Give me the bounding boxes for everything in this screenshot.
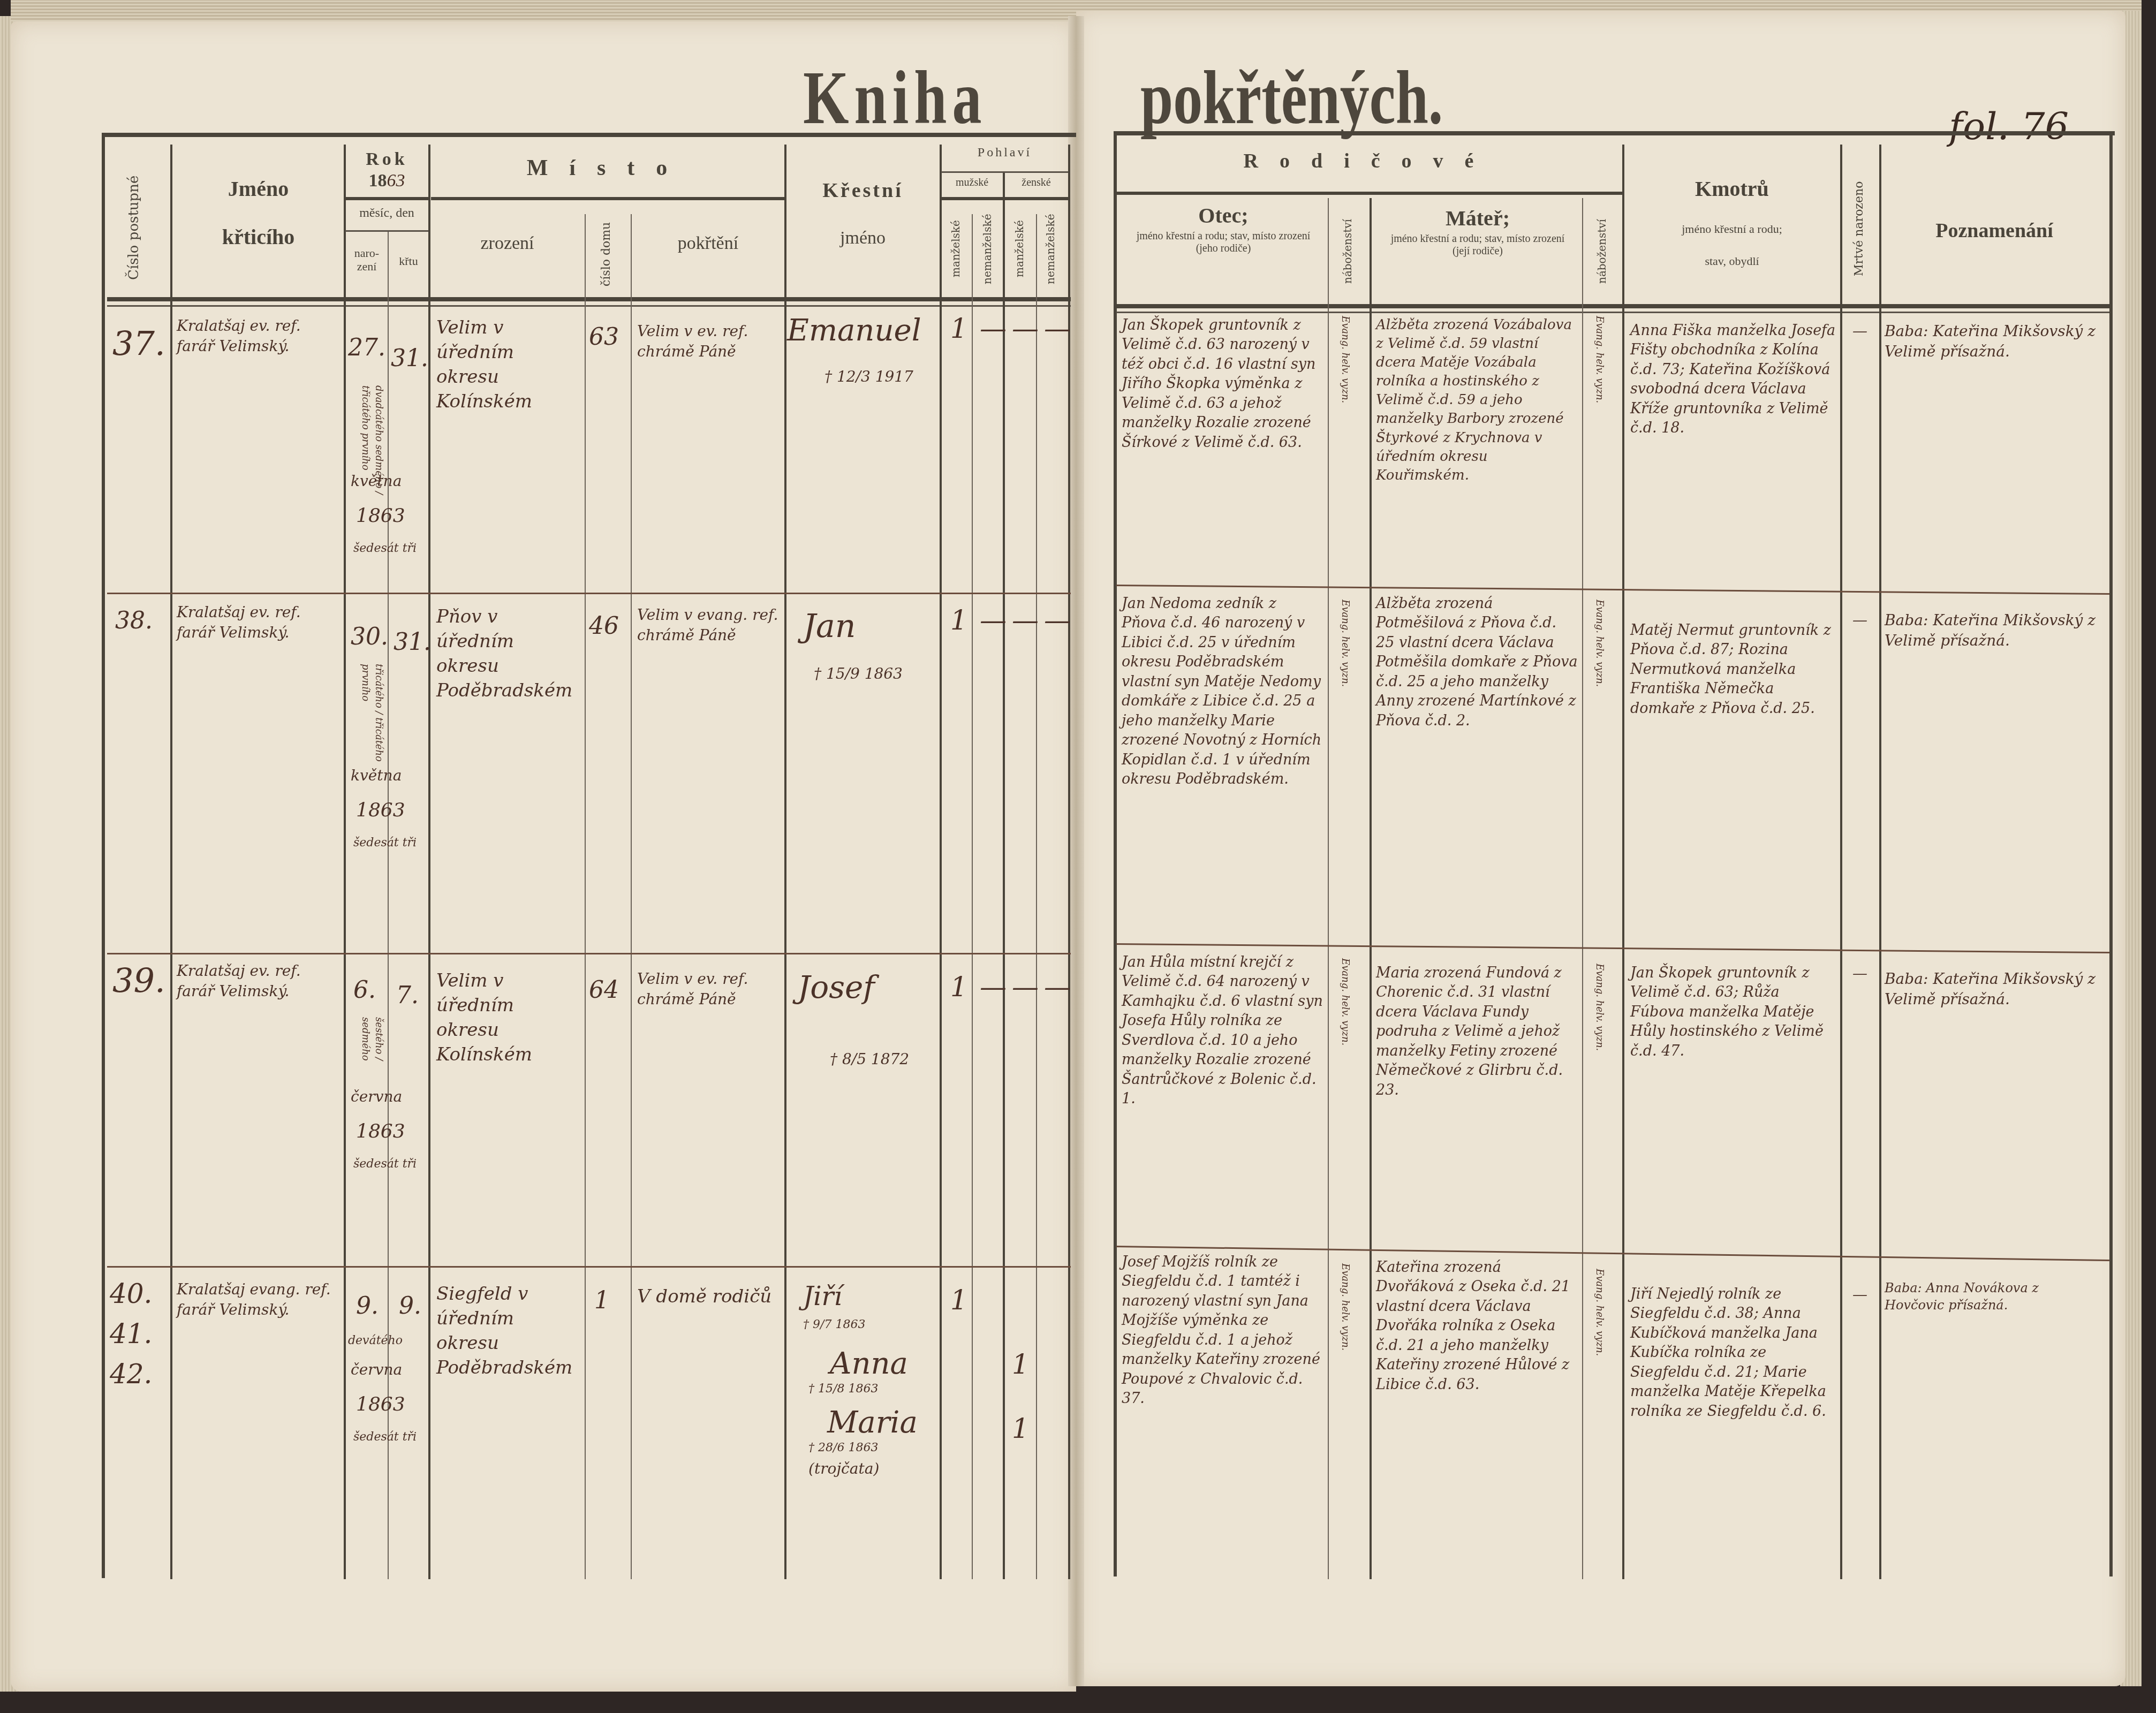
entry-mother-religion: Evang. helv. vyzn. — [1593, 1269, 1606, 1376]
left-header-top-rule — [102, 133, 1076, 137]
entry-month: června — [351, 1360, 402, 1380]
sex-female-illegit: — — [1044, 972, 1071, 1003]
header-zenske: ženské — [1004, 177, 1068, 189]
entry-notes: Baba: Kateřina Mikšovský z Velimě přísaž… — [1885, 321, 2099, 362]
entry-house-no: 64 — [589, 974, 619, 1006]
right-header-top-rule — [1114, 131, 2115, 135]
entry-officiant: Kralatšaj ev. ref. farář Velimský. — [177, 602, 340, 643]
col-divider — [585, 214, 586, 1579]
entry-stillborn: — — [1852, 964, 1867, 984]
header-rok: Rok — [345, 149, 428, 170]
entry-notes: Baba: Kateřina Mikšovský z Velimě přísaž… — [1885, 969, 2099, 1010]
entry-year: 1863 — [356, 1392, 405, 1418]
entry-given-name: Emanuel — [787, 310, 921, 351]
entry-year: 1863 — [356, 798, 405, 824]
entry-baptism-day: 9. — [399, 1290, 421, 1322]
col-divider — [1840, 145, 1842, 1579]
header-pokrteni: pokřtění — [632, 233, 784, 254]
header-otec: Otec; — [1119, 203, 1328, 228]
header-zenske-manzelske: manželské — [1013, 203, 1026, 294]
entry-stillborn: — — [1852, 1285, 1867, 1305]
entry-baptism-place: V domě rodičů — [637, 1285, 782, 1309]
header-otec-sub: jméno křestní a rodu; stav, místo zrozen… — [1127, 230, 1320, 255]
entry-death-note: † 12/3 1917 — [824, 367, 913, 387]
left-header-bottom-rule — [107, 297, 1071, 301]
entry-baptism-day: 7. — [396, 980, 419, 1011]
col-divider — [940, 145, 942, 1579]
header-narozeni: naro-zení — [348, 246, 385, 274]
entry-mother-religion: Evang. helv. vyzn. — [1593, 316, 1606, 423]
entry-baptism-place: Velim v ev. ref. chrámě Páně — [637, 969, 782, 1010]
entry-house-no: 46 — [589, 610, 619, 642]
col-divider — [1328, 198, 1329, 1579]
entry-notes: Baba: Anna Novákova z Hovčovic přísažná. — [1885, 1279, 2099, 1314]
header-muzske-manzelske: manželské — [949, 203, 962, 294]
entry-stillborn: — — [1852, 321, 1867, 342]
col-divider — [1003, 171, 1005, 1579]
header-mater: Máteř; — [1373, 206, 1582, 231]
triplets-note: (trojčata) — [808, 1459, 879, 1479]
entry-birth-place: Pňov v úředním okresu Poděbradském — [436, 605, 581, 703]
entry-father: Jan Nedoma zedník z Pňova č.d. 46 naroze… — [1122, 594, 1325, 789]
col-divider — [1036, 214, 1037, 1579]
sex-female-legit: 1 — [1012, 1349, 1029, 1380]
entry-father-religion: Evang. helv. vyzn. — [1338, 600, 1351, 707]
sex-female-legit: — — [1012, 972, 1039, 1003]
entry-stillborn: — — [1852, 610, 1867, 631]
entry-mother: Kateřina zrozená Dvořáková z Oseka č.d. … — [1376, 1258, 1579, 1394]
title-kniha: Kniha — [803, 54, 987, 142]
header-otec-nabozenstvi: náboženství — [1341, 206, 1354, 297]
entry-death-note: † 15/9 1863 — [814, 664, 903, 684]
mesic-rule — [345, 230, 428, 232]
header-poznamenani: Poznamenání — [1882, 219, 2107, 243]
col-divider — [344, 145, 346, 1579]
header-zrozeni: zrození — [431, 233, 584, 254]
sex-male-illegit: — — [980, 313, 1007, 344]
header-krestni: Křestní — [786, 179, 940, 203]
entry-birth-day: 9. — [356, 1290, 379, 1322]
entry-given-name: Jan — [803, 605, 856, 648]
child-name-maria: Maria — [827, 1403, 918, 1443]
sex-male-legit: 1 — [950, 972, 967, 1003]
sex-male-illegit: — — [980, 972, 1007, 1003]
sex-male-illegit: — — [980, 605, 1007, 636]
year-handwritten: 63 — [387, 171, 405, 191]
header-jmeno: Jméno — [174, 177, 343, 201]
entry-baptism-day: 31. — [391, 343, 428, 374]
sex-female-illegit: — — [1044, 313, 1071, 344]
entry-baptism-place: Velim v evang. ref. chrámě Páně — [637, 605, 782, 646]
entry-birth-place: Velim v úředním okresu Kolínském — [436, 969, 581, 1067]
entry-birth-place: Velim v úředním okresu Kolínském — [436, 316, 581, 414]
entry-mother-religion: Evang. helv. vyzn. — [1593, 600, 1606, 707]
col-divider — [428, 145, 430, 1579]
header-mater-nabozenstvi: náboženství — [1595, 206, 1608, 297]
misto-rule — [431, 197, 784, 200]
entry-father: Jan Hůla místní krejčí z Velimě č.d. 64 … — [1122, 953, 1325, 1109]
col-divider — [1582, 198, 1583, 1579]
entry-godparents: Matěj Nermut gruntovník z Pňova č.d. 87;… — [1630, 621, 1836, 718]
col-divider — [972, 214, 973, 1579]
title-pokrtenych: pokřtěných. — [1140, 54, 1443, 142]
pohlavi-rule — [941, 171, 1068, 173]
right-table-right-border — [2109, 131, 2113, 1576]
right-header-bottom-thin — [1116, 312, 2109, 313]
sex-female-legit: — — [1012, 605, 1039, 636]
entry-date-words: dvadcátého sedmého / třicátého prvního — [359, 385, 385, 519]
entry-number: 40. 41. 42. — [110, 1274, 163, 1394]
entry-baptism-day: 31. — [394, 626, 431, 658]
entry-death-note: † 8/5 1872 — [830, 1049, 909, 1070]
child-name-jiri: Jiří — [803, 1279, 842, 1314]
header-pohlavi: Pohlaví — [941, 146, 1068, 161]
header-misto: Místo — [431, 155, 784, 181]
header-krticiho: křticího — [174, 225, 343, 249]
entry-birth-place: Siegfeld v úředním okresu Poděbradském — [436, 1282, 581, 1381]
entry-father: Josef Mojžíš rolník ze Siegfeldu č.d. 1 … — [1122, 1253, 1325, 1409]
entry-month: května — [351, 471, 402, 491]
col-divider — [1622, 145, 1624, 1579]
entry-baptism-place: Velim v ev. ref. chrámě Páně — [637, 321, 782, 362]
entry-separator — [107, 953, 1071, 954]
entry-godparents: Jan Škopek gruntovník z Velimě č.d. 63; … — [1630, 964, 1836, 1061]
entry-month: května — [351, 765, 402, 786]
entry-mother-religion: Evang. helv. vyzn. — [1593, 964, 1606, 1071]
folio-number: fol. 76 — [1949, 104, 2069, 148]
sex-female-legit: — — [1012, 313, 1039, 344]
col-divider — [1879, 145, 1881, 1579]
sex-female-illegit: — — [1044, 605, 1071, 636]
entry-year-words: šedesát tři — [353, 541, 423, 557]
header-kmotru-sub1: jméno křestní a rodu; — [1625, 222, 1839, 236]
right-table-left-border — [1114, 131, 1117, 1576]
left-header-bottom-thin — [107, 305, 1071, 307]
entry-date-words: třicátého / třicátého prvního — [359, 664, 385, 782]
child-death-maria: † 28/6 1863 — [808, 1440, 878, 1456]
entry-father: Jan Škopek gruntovník z Velimě č.d. 63 n… — [1122, 316, 1325, 452]
entry-father-religion: Evang. helv. vyzn. — [1338, 1263, 1351, 1370]
entry-year: 1863 — [356, 1119, 405, 1145]
entry-mother: Alžběta zrozená Potměšilová z Pňova č.d.… — [1376, 594, 1579, 731]
col-divider — [784, 145, 786, 1579]
right-header-bottom-rule — [1116, 304, 2109, 308]
header-mesic-den: měsíc, den — [345, 206, 428, 221]
header-mrtve-narozeno: Mrtvé narozeno — [1852, 161, 1866, 297]
entry-notes: Baba: Kateřina Mikšovský z Velimě přísaž… — [1885, 610, 2099, 651]
sex-male-legit: 1 — [950, 1285, 967, 1316]
entry-godparents: Jiří Nejedlý rolník ze Siegfeldu č.d. 38… — [1630, 1285, 1836, 1421]
col-divider — [1068, 145, 1070, 1579]
entry-year-words: šedesát tři — [353, 835, 423, 851]
header-muzske: mužské — [941, 177, 1003, 189]
entry-number: 38. — [115, 605, 153, 636]
header-muzske-nemanzelske: nemanželské — [981, 203, 994, 294]
header-kmotru: Kmotrů — [1625, 177, 1839, 201]
entry-separator — [107, 593, 1071, 594]
child-name-anna: Anna — [830, 1344, 908, 1384]
sex-male-legit: 1 — [950, 605, 967, 636]
header-zenske-nemanzelske: nemanželské — [1044, 203, 1057, 294]
col-divider — [170, 145, 172, 1579]
entry-officiant: Kralatšaj ev. ref. farář Velimský. — [177, 316, 340, 357]
entry-birth-day: 6. — [353, 974, 376, 1006]
rodicove-rule — [1116, 192, 1622, 195]
entry-mother: Alžběta zrozená Vozábalova z Velimě č.d.… — [1376, 316, 1579, 485]
entry-number: 37. — [112, 321, 165, 366]
header-mater-sub: jméno křestní a rodu; stav, místo zrozen… — [1381, 233, 1574, 257]
entry-house-no: 63 — [589, 321, 619, 353]
header-cislo-postupne: Číslo postupné — [126, 161, 142, 294]
entry-year: 1863 — [356, 503, 405, 529]
entry-separator — [107, 1266, 1071, 1268]
header-cislo-domu: číslo domu — [600, 214, 613, 294]
header-rodicove: Rodičové — [1116, 150, 1622, 173]
entry-house-no: 1 — [594, 1285, 609, 1316]
child-death-anna: † 15/8 1863 — [808, 1381, 878, 1397]
entry-number: 39. — [112, 958, 165, 1003]
col-divider — [1370, 198, 1372, 1579]
header-year: 1863 — [345, 170, 428, 191]
rok-rule — [345, 197, 428, 200]
entry-date-words: šestého / sedmého — [359, 1017, 385, 1087]
entry-father-religion: Evang. helv. vyzn. — [1338, 316, 1351, 423]
entry-month: června — [351, 1087, 402, 1107]
child-death-jiri: † 9/7 1863 — [803, 1317, 865, 1333]
header-kmotru-sub2: stav, obydlí — [1625, 254, 1839, 268]
sex-female-legit: 1 — [1012, 1413, 1029, 1444]
entry-date-words: devátého — [348, 1333, 403, 1349]
entry-birth-day: 30. — [351, 621, 388, 653]
col-divider — [631, 214, 632, 1579]
entry-officiant: Kralatšaj evang. ref. farář Velimský. — [177, 1279, 340, 1320]
year-printed: 18 — [369, 171, 387, 191]
header-krestni-jmeno: jméno — [786, 228, 940, 248]
header-krtu: křtu — [390, 254, 427, 268]
entry-year-words: šedesát tři — [353, 1156, 423, 1172]
entry-godparents: Anna Fiška manželka Josefa Fišty obchodn… — [1630, 321, 1836, 438]
entry-given-name: Josef — [798, 966, 875, 1008]
entry-officiant: Kralatšaj ev. ref. farář Velimský. — [177, 961, 340, 1002]
entry-mother: Maria zrozená Fundová z Chorenic č.d. 31… — [1376, 964, 1579, 1100]
entry-father-religion: Evang. helv. vyzn. — [1338, 958, 1351, 1065]
entry-birth-day: 27. — [348, 332, 385, 363]
pohlavi-sub-rule — [941, 197, 1068, 200]
entry-year-words: šedesát tři — [353, 1429, 423, 1445]
sex-male-legit: 1 — [950, 313, 967, 344]
